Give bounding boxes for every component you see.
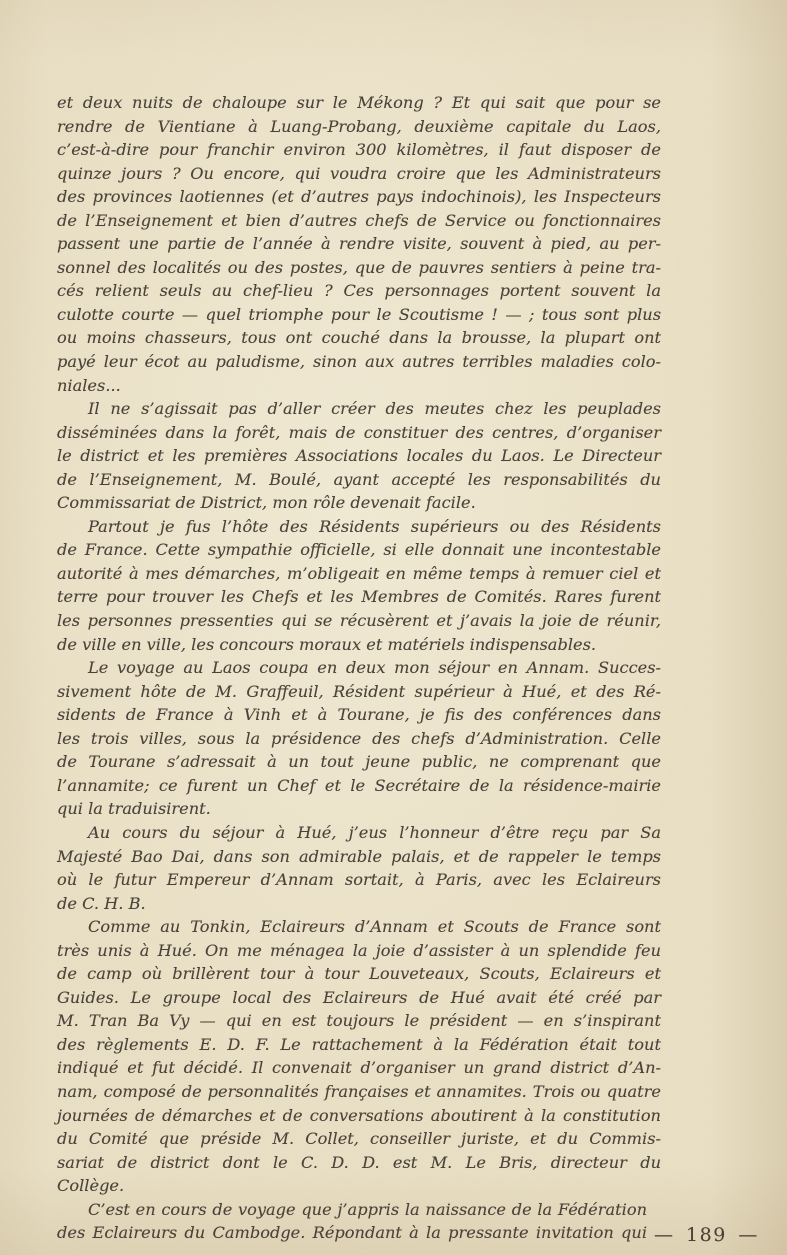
text-line: de Tourane s’adressait à un tout jeune p… [57, 750, 661, 774]
text-line: de camp où brillèrent tour à tour Louvet… [57, 962, 661, 986]
text-line: des Eclaireurs du Cambodge. Répondant à … [57, 1221, 647, 1245]
text-line: Au cours du séjour à Hué, j’eus l’honneu… [57, 821, 661, 845]
text-line: rendre de Vientiane à Luang-Probang, deu… [57, 115, 661, 139]
text-line: l’annamite; ce furent un Chef et le Secr… [57, 774, 661, 798]
text-line: Partout je fus l’hôte des Résidents supé… [57, 515, 661, 539]
text-line: C’est en cours de voyage que j’appris la… [57, 1198, 647, 1222]
text-line: les trois villes, sous la présidence des… [57, 727, 661, 751]
scanned-book-page: et deux nuits de chaloupe sur le Mékong … [0, 0, 787, 1255]
text-line: Le voyage au Laos coupa en deux mon séjo… [57, 656, 661, 680]
text-line: Il ne s’agissait pas d’aller créer des m… [57, 397, 661, 421]
text-line: ou moins chasseurs, tous ont couché dans… [57, 326, 661, 350]
text-line: quinze jours ? Ou encore, qui voudra cro… [57, 162, 661, 186]
text-line: sonnel des localités ou des postes, que … [57, 256, 661, 280]
text-line: disséminées dans la forêt, mais de const… [57, 421, 661, 445]
paragraph: Le voyage au Laos coupa en deux mon séjo… [57, 656, 661, 821]
text-line: et deux nuits de chaloupe sur le Mékong … [57, 91, 661, 115]
text-line: c’est-à-dire pour franchir environ 300 k… [57, 138, 661, 162]
text-line: payé leur écot au paludisme, sinon aux a… [57, 350, 661, 374]
text-line: sivement hôte de M. Graffeuil, Résident … [57, 680, 661, 704]
text-line: où le futur Empereur d’Annam sortait, à … [57, 868, 661, 892]
text-line: les personnes pressenties qui se récusèr… [57, 609, 661, 633]
text-line: culotte courte — quel triomphe pour le S… [57, 303, 661, 327]
text-line: indiqué et fut décidé. Il convenait d’or… [57, 1056, 661, 1080]
text-line: de ville en ville, les concours moraux e… [57, 633, 661, 657]
text-line: cés relient seuls au chef-lieu ? Ces per… [57, 279, 661, 303]
text-line: passent une partie de l’année à rendre v… [57, 232, 661, 256]
text-line: Comme au Tonkin, Eclaireurs d’Annam et S… [57, 915, 661, 939]
text-line: Majesté Bao Dai, dans son admirable pala… [57, 845, 661, 869]
text-line: Collège. [57, 1174, 661, 1198]
text-line: de l’Enseignement, M. Boulé, ayant accep… [57, 468, 661, 492]
text-line: autorité à mes démarches, m’obligeait en… [57, 562, 661, 586]
text-line: M. Tran Ba Vy — qui en est toujours le p… [57, 1009, 661, 1033]
text-line: niales... [57, 374, 661, 398]
text-line: des règlements E. D. F. Le rattachement … [57, 1033, 661, 1057]
text-line: de l’Enseignement et bien d’autres chefs… [57, 209, 661, 233]
paragraph: Comme au Tonkin, Eclaireurs d’Annam et S… [57, 915, 661, 1198]
paragraph: Partout je fus l’hôte des Résidents supé… [57, 515, 661, 656]
text-line: des provinces laotiennes (et d’autres pa… [57, 185, 661, 209]
text-line: qui la traduisirent. [57, 797, 661, 821]
text-line: journées de démarches et de conversation… [57, 1104, 661, 1128]
paragraph: Au cours du séjour à Hué, j’eus l’honneu… [57, 821, 661, 915]
text-line: du Comité que préside M. Collet, conseil… [57, 1127, 661, 1151]
text-line: sidents de France à Vinh et à Tourane, j… [57, 703, 661, 727]
text-line: sariat de district dont le C. D. D. est … [57, 1151, 661, 1175]
text-line: terre pour trouver les Chefs et les Memb… [57, 585, 661, 609]
page-number: — 189 — [654, 1224, 759, 1248]
text-line: de C. H. B. [57, 892, 661, 916]
text-line: de France. Cette sympathie officielle, s… [57, 538, 661, 562]
text-line: nam, composé de personnalités françaises… [57, 1080, 661, 1104]
text-line: Commissariat de District, mon rôle deven… [57, 491, 661, 515]
paragraph: C’est en cours de voyage que j’appris la… [57, 1198, 647, 1245]
text-line: Guides. Le groupe local des Eclaireurs d… [57, 986, 661, 1010]
text-line: très unis à Hué. On me ménagea la joie d… [57, 939, 661, 963]
paragraph: Il ne s’agissait pas d’aller créer des m… [57, 397, 661, 515]
paragraph: et deux nuits de chaloupe sur le Mékong … [57, 91, 661, 397]
text-line: le district et les premières Association… [57, 444, 661, 468]
page-text-block: et deux nuits de chaloupe sur le Mékong … [57, 91, 661, 1245]
